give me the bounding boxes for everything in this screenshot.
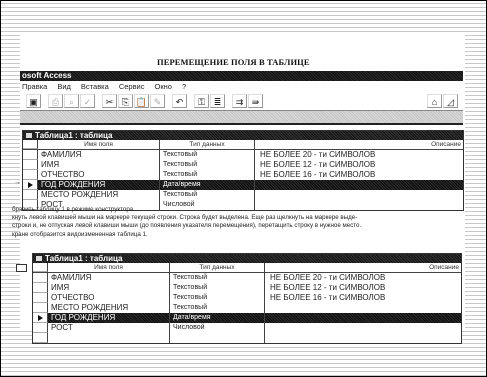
slide-frame [0,0,487,377]
